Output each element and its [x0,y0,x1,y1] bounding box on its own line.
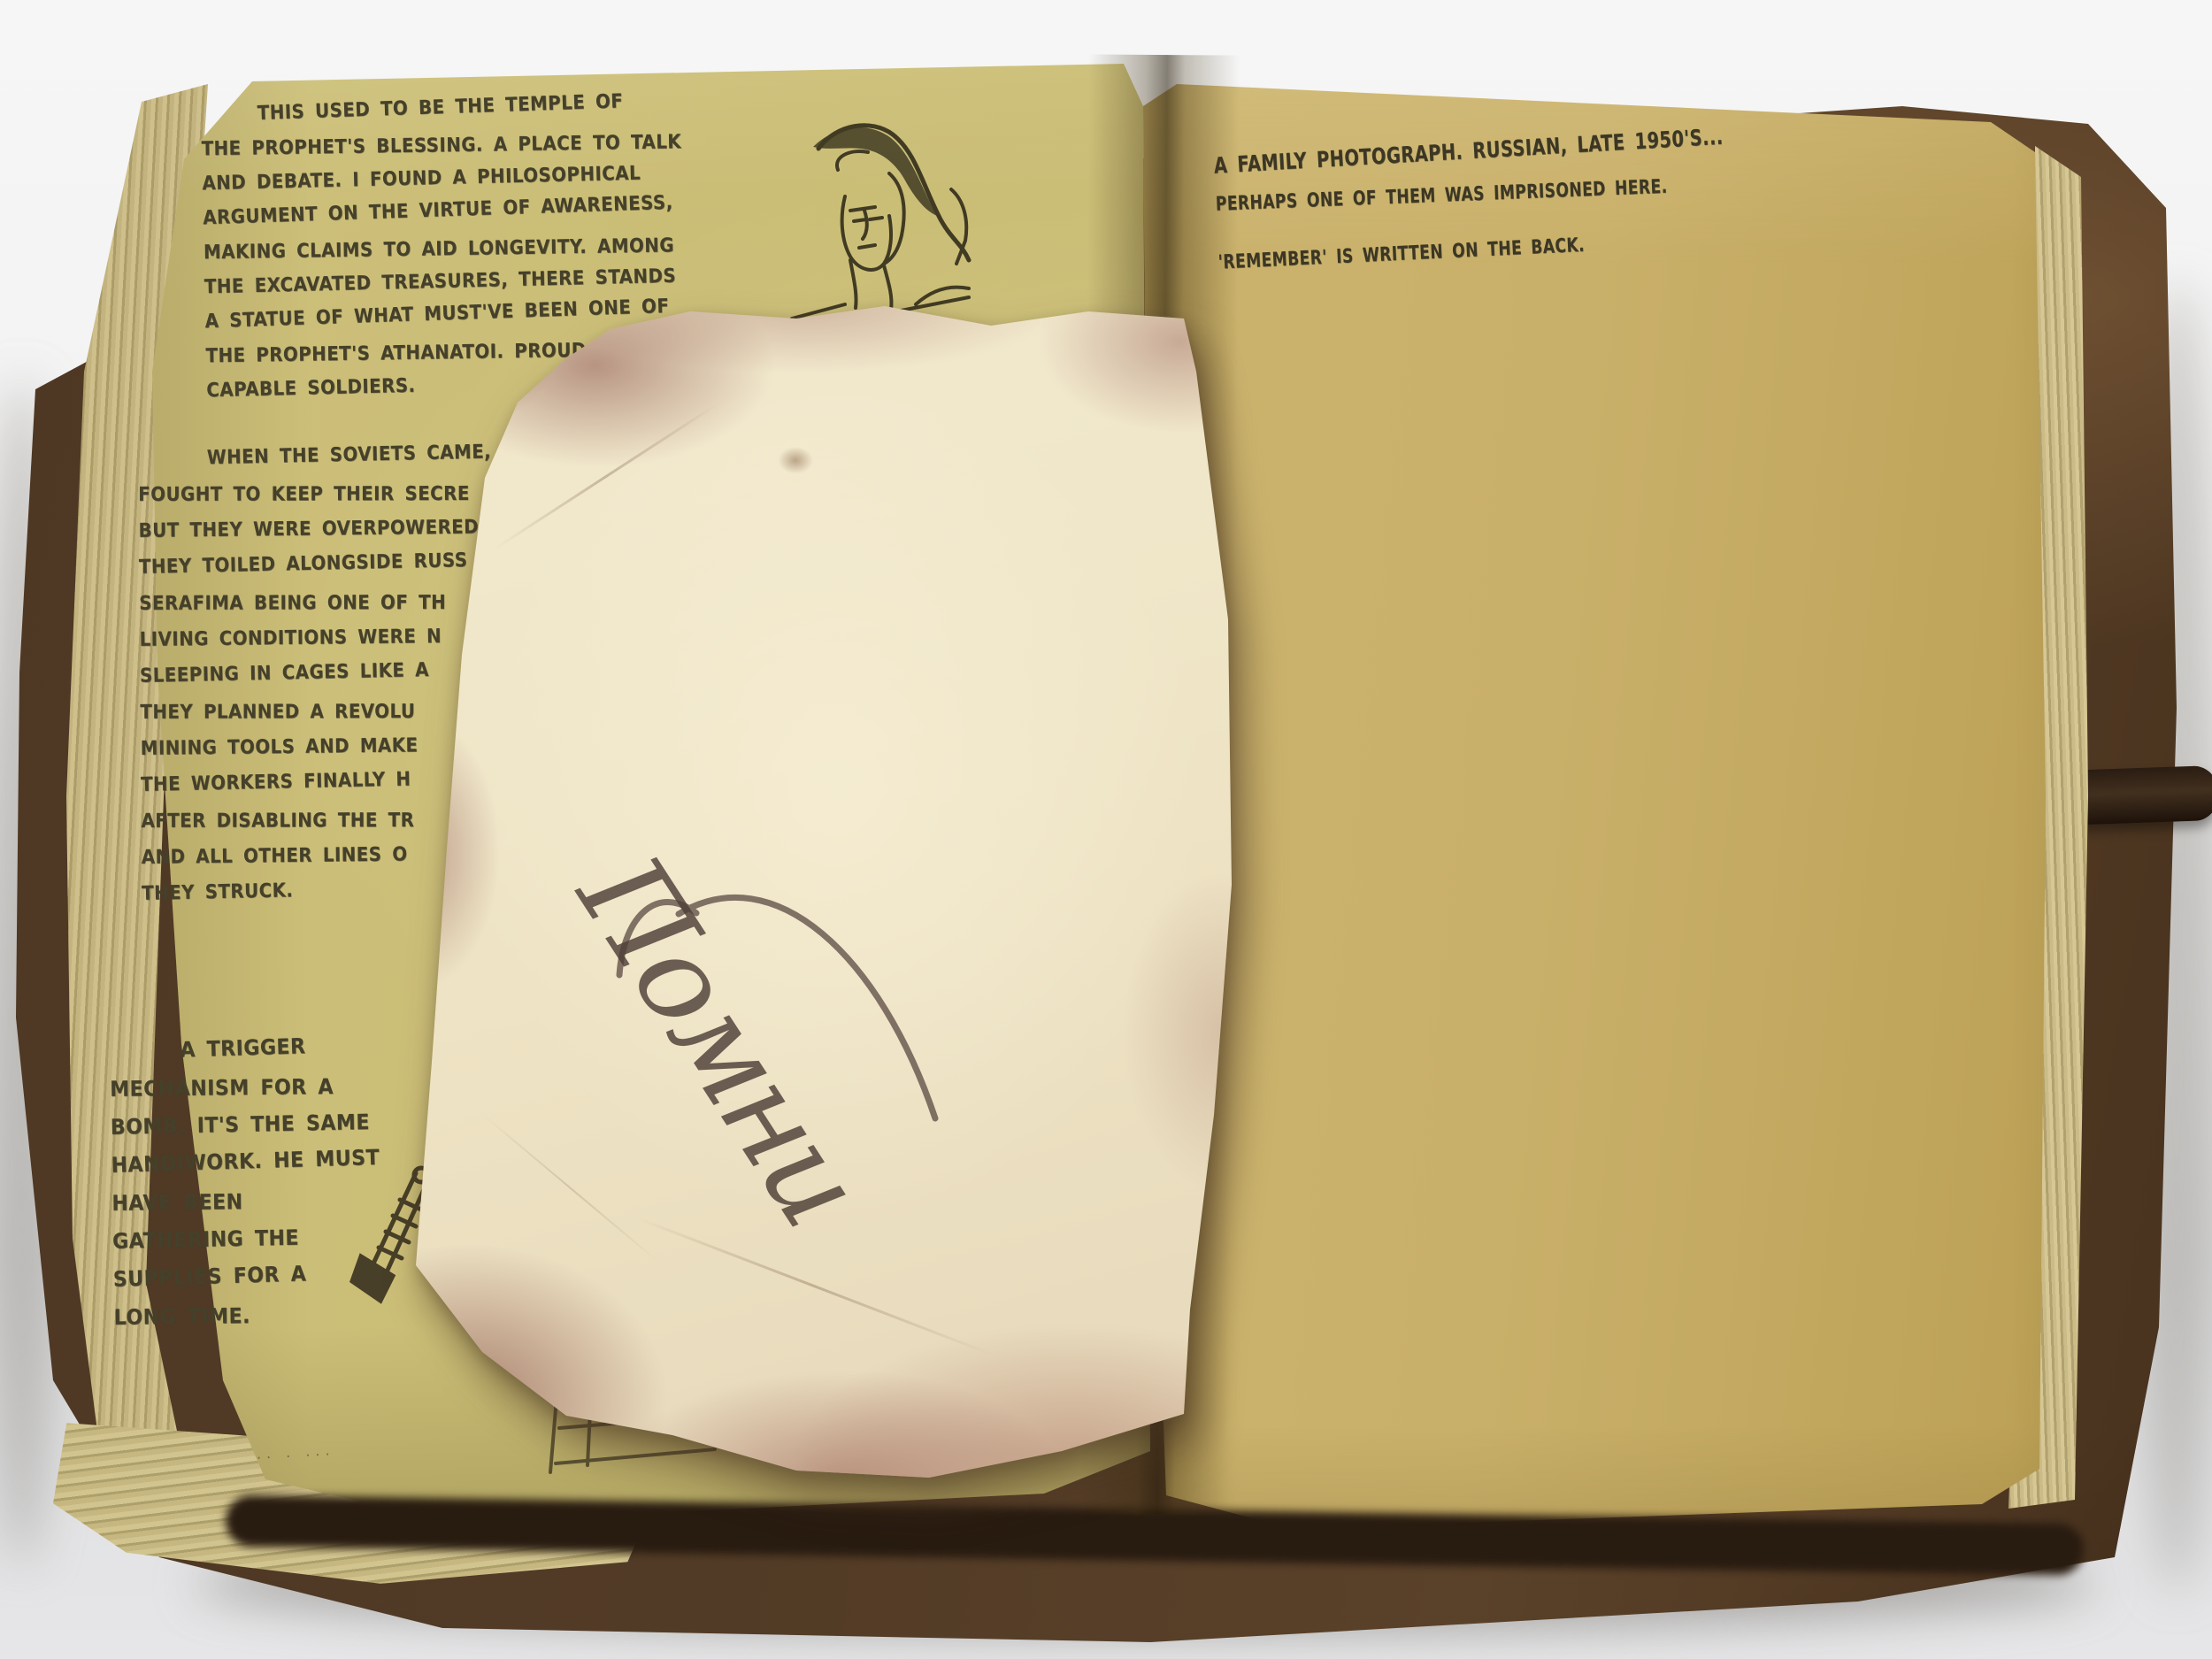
photo-card-back: Помни [403,294,1239,1484]
journal-line: LONG TIME. [113,1295,382,1336]
journal-photo-scene: THIS USED TO BE THE TEMPLE OFTHE PROPHET… [0,0,2212,1659]
journal-line: MECHANISM FOR A [110,1067,379,1108]
journal-line: HAVE BEEN [111,1181,380,1222]
journal-line: SUPPLIES FOR A [112,1253,382,1299]
photo-card: Помни [403,294,1239,1484]
journal-line: A TRIGGER [180,1025,384,1070]
handwriting-flourish [403,294,1239,1484]
journal-line: HANDIWORK. HE MUST [111,1139,380,1185]
